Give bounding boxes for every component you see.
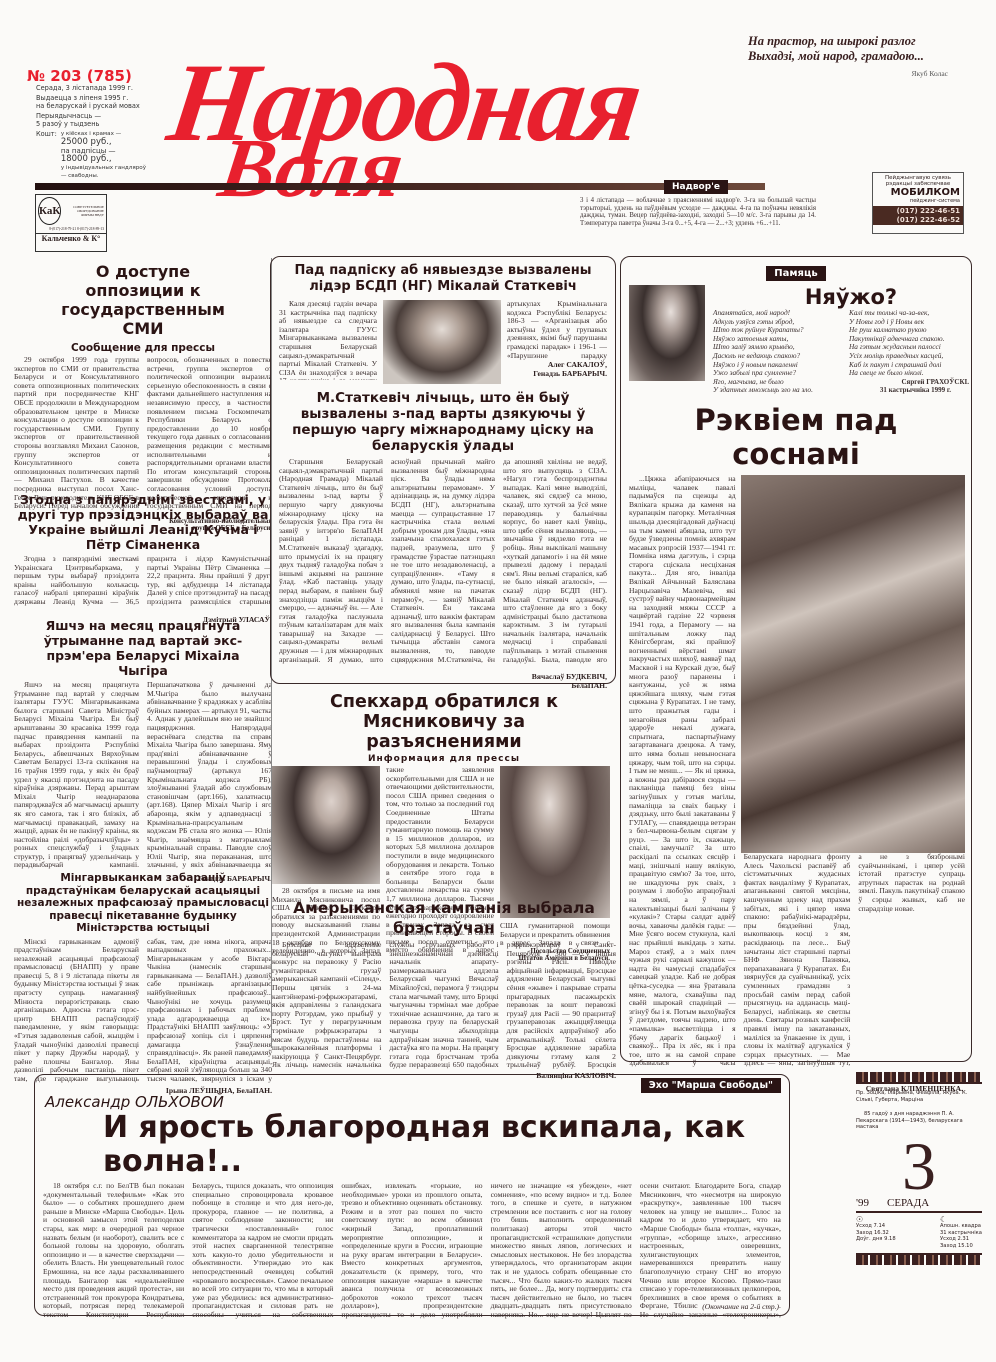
photo-speckhard <box>272 766 380 884</box>
requiem-headline: Рэквіем пад соснамі <box>629 403 963 471</box>
poem-title: Няўжо? <box>713 285 969 309</box>
article-trade-unions: Мінгарвыканкам забараніў прадстаўнікам б… <box>14 872 272 1095</box>
sponsor-text: СОВЕТУЕТЕЛЬНОЕ ОБОРУДОВАНИЕ ФИРМЫ НВДУ <box>64 205 104 217</box>
ornament-top-icon <box>856 1072 982 1084</box>
article-brest-railway: Амерыканская кампанія выбрала брэстаўчан… <box>272 898 616 1080</box>
poem-author: Сяргей ГРАХОЎСКІ. <box>849 378 969 387</box>
article-body: Яшчэ на месяц працягнута ўтрыманне пад в… <box>14 681 272 874</box>
photo-myasnikovich <box>500 766 610 918</box>
march-rubric: Эхо "Марша Свободы" <box>641 1078 781 1093</box>
march-body: 18 октября с.г. по БелТВ был показан «до… <box>43 1182 781 1328</box>
name-days: Пр. Зоціка, Іларыёна, Феафіла, Якуба. К.… <box>856 1090 982 1103</box>
article-body-2: Старшыня Беларускай сацыял-дэмакратычнай… <box>279 458 607 672</box>
poem-date: 31 кастрычніка 1999 г. <box>849 386 969 395</box>
weekday: СЕРАДА <box>887 1197 929 1209</box>
sponsor-logo: КаК <box>38 197 61 225</box>
title-line-2: Воля <box>214 127 408 211</box>
subheadline: Информация для прессы <box>272 754 616 764</box>
epigraph: На прастор, на шырокі разлог Выхадзі, мо… <box>748 34 968 78</box>
memory-section: Памяць Няўжо? Апамятайся, мой народ! Адк… <box>620 256 972 1062</box>
continued-note: (Окончание на 2-й стр.) <box>698 1302 779 1311</box>
headline: О доступе оппозиции к государственным СМ… <box>14 262 272 338</box>
headline: Мінгарвыканкам забараніў прадстаўнікам б… <box>14 872 272 935</box>
since-line: Выдаецца з ліпеня 1995 г. <box>36 94 167 102</box>
price-vendor: у індывідуальных гандляроў <box>61 164 146 172</box>
epigraph-line-2: Выхадзі, мой народ, грамадою... <box>748 49 968 64</box>
day-number: 3 <box>856 1135 982 1197</box>
poem-column-2: Калі ты толькі ча-за-век, У Новы год і ў… <box>849 309 969 395</box>
calendar-block: Пр. Зоціка, Іларыёна, Феафіла, Якуба. К.… <box>856 1072 982 1265</box>
weather-rubric: Надвор'е <box>664 180 728 194</box>
photo-poet <box>629 285 705 381</box>
frequency-value: 5 разоў у тыдзень <box>36 120 167 128</box>
ad-phone-1: (017) 222-46-51 <box>876 207 960 216</box>
article-body-right: артыкулах Крымінальнага кодэкса Рэспублі… <box>507 300 607 360</box>
headline: Згодна з папярэднімі звесткамі, у другі … <box>14 492 272 552</box>
headline: Амерыканская кампанія выбрала брэстаўчан <box>272 898 616 938</box>
article-body-left: Каля дзесяці гадзін вечара 31 кастрычнік… <box>279 300 377 380</box>
price-vendor-2: — свабодны. <box>61 172 146 180</box>
photo-statkevich <box>383 300 501 384</box>
weather-section: Надвор'е 3 і 4 лістапада — воблачнае з п… <box>576 176 816 227</box>
sponsor-name: Кальченко & К° <box>36 233 106 243</box>
poem-line: У здатных множыць зло на зло. <box>713 386 839 395</box>
issue-info: № 203 (785) Серада, 3 лістапада 1999 г. … <box>27 68 167 180</box>
pager-ad: Пейджынгавую сувязь рэдакцыі забяспечвае… <box>872 172 964 234</box>
article-body: Згодна з папярэднімі звесткамі Украінска… <box>14 555 272 615</box>
signature-1: Алег САКАЛОЎ, <box>507 360 607 369</box>
sponsor-box: КаК СОВЕТУЕТЕЛЬНОЕ ОБОРУДОВАНИЕ ФИРМЫ НВ… <box>35 194 107 252</box>
photo-overlay-mask <box>741 475 965 853</box>
issue-number: № 203 (785) <box>27 68 167 84</box>
article-statkevich-box: Пад падпіску аб нявыездзе вызвалены лідэ… <box>270 256 616 684</box>
article-body: Брэсцкае аддзяленне беларускай чыгункі в… <box>272 941 616 1071</box>
year: '99 <box>856 1197 869 1209</box>
dedication: Александр ОЛЬХОВОЙ <box>45 1093 781 1111</box>
price-label: Кошт: <box>36 130 57 180</box>
moon-phase-1: Апошн. квадра <box>940 1223 982 1230</box>
frequency-label: Перыядычнасць — <box>36 112 167 120</box>
poem-line: На свеце не было ніколі. <box>849 369 969 378</box>
price-kiosk: 25000 руб., <box>61 138 146 147</box>
subheadline: Сообщение для прессы <box>14 342 272 354</box>
ad-brand: МОБИЛКОМ <box>873 187 963 198</box>
epigraph-line-1: На прастор, на шырокі разлог <box>748 34 968 49</box>
headline-2: М.Статкевіч лічыць, што ён быў вызвалены… <box>279 390 607 454</box>
poem-column-1: Апамятайся, мой народ! Адкуль узяўся гэт… <box>713 309 839 395</box>
ad-subtitle: пейджинг-система <box>873 198 963 204</box>
signature-2-line-2: БелаПАН. <box>279 681 607 690</box>
ad-phone-2: (017) 222-46-52 <box>876 216 960 225</box>
epigraph-author: Якуб Колас <box>748 69 948 78</box>
signature-2: Генадзь БАРБАРЫЧ. <box>507 369 607 378</box>
weather-text: 3 і 4 лістапада — воблачнае з праяснення… <box>580 197 816 227</box>
march-freedom-section: Эхо "Марша Свободы" Александр ОЛЬХОВОЙ И… <box>34 1074 790 1316</box>
signature-2-line-1: Вячаслаў БУДКЕВІЧ, <box>279 672 607 681</box>
headline: Спекхард обратился к Мясниковичу за разъ… <box>272 692 616 752</box>
day-length: Доўг. дня 9.18 <box>856 1236 896 1243</box>
moonset: Заход 15.10 <box>940 1243 982 1250</box>
headline: Яшчэ на месяц працягнута ўтрыманне пад в… <box>14 618 272 678</box>
article-ukraine-elections: Згодна з папярэднімі звесткамі, у другі … <box>14 492 272 624</box>
article-chygir: Яшчэ на месяц працягнута ўтрыманне пад в… <box>14 618 272 883</box>
ornament-bottom-icon <box>856 1253 982 1265</box>
languages-line: на беларускай і рускай мовах <box>36 102 167 110</box>
price-sub: 18000 руб., <box>61 155 146 164</box>
march-headline: И ярость благородная вскипала, как волна… <box>103 1111 781 1179</box>
headline: Пад падпіску аб нявыездзе вызвалены лідэ… <box>279 263 607 295</box>
article-body: Мінскі гарвыканкам адмовіў прадстаўнікам… <box>14 938 272 1086</box>
memory-rubric: Памяць <box>766 266 825 281</box>
sponsor-phones: 8-(017)-218-79-21 8-(017)-218-89-13 <box>36 227 106 231</box>
issue-date: Серада, 3 лістапада 1999 г. <box>36 84 167 92</box>
